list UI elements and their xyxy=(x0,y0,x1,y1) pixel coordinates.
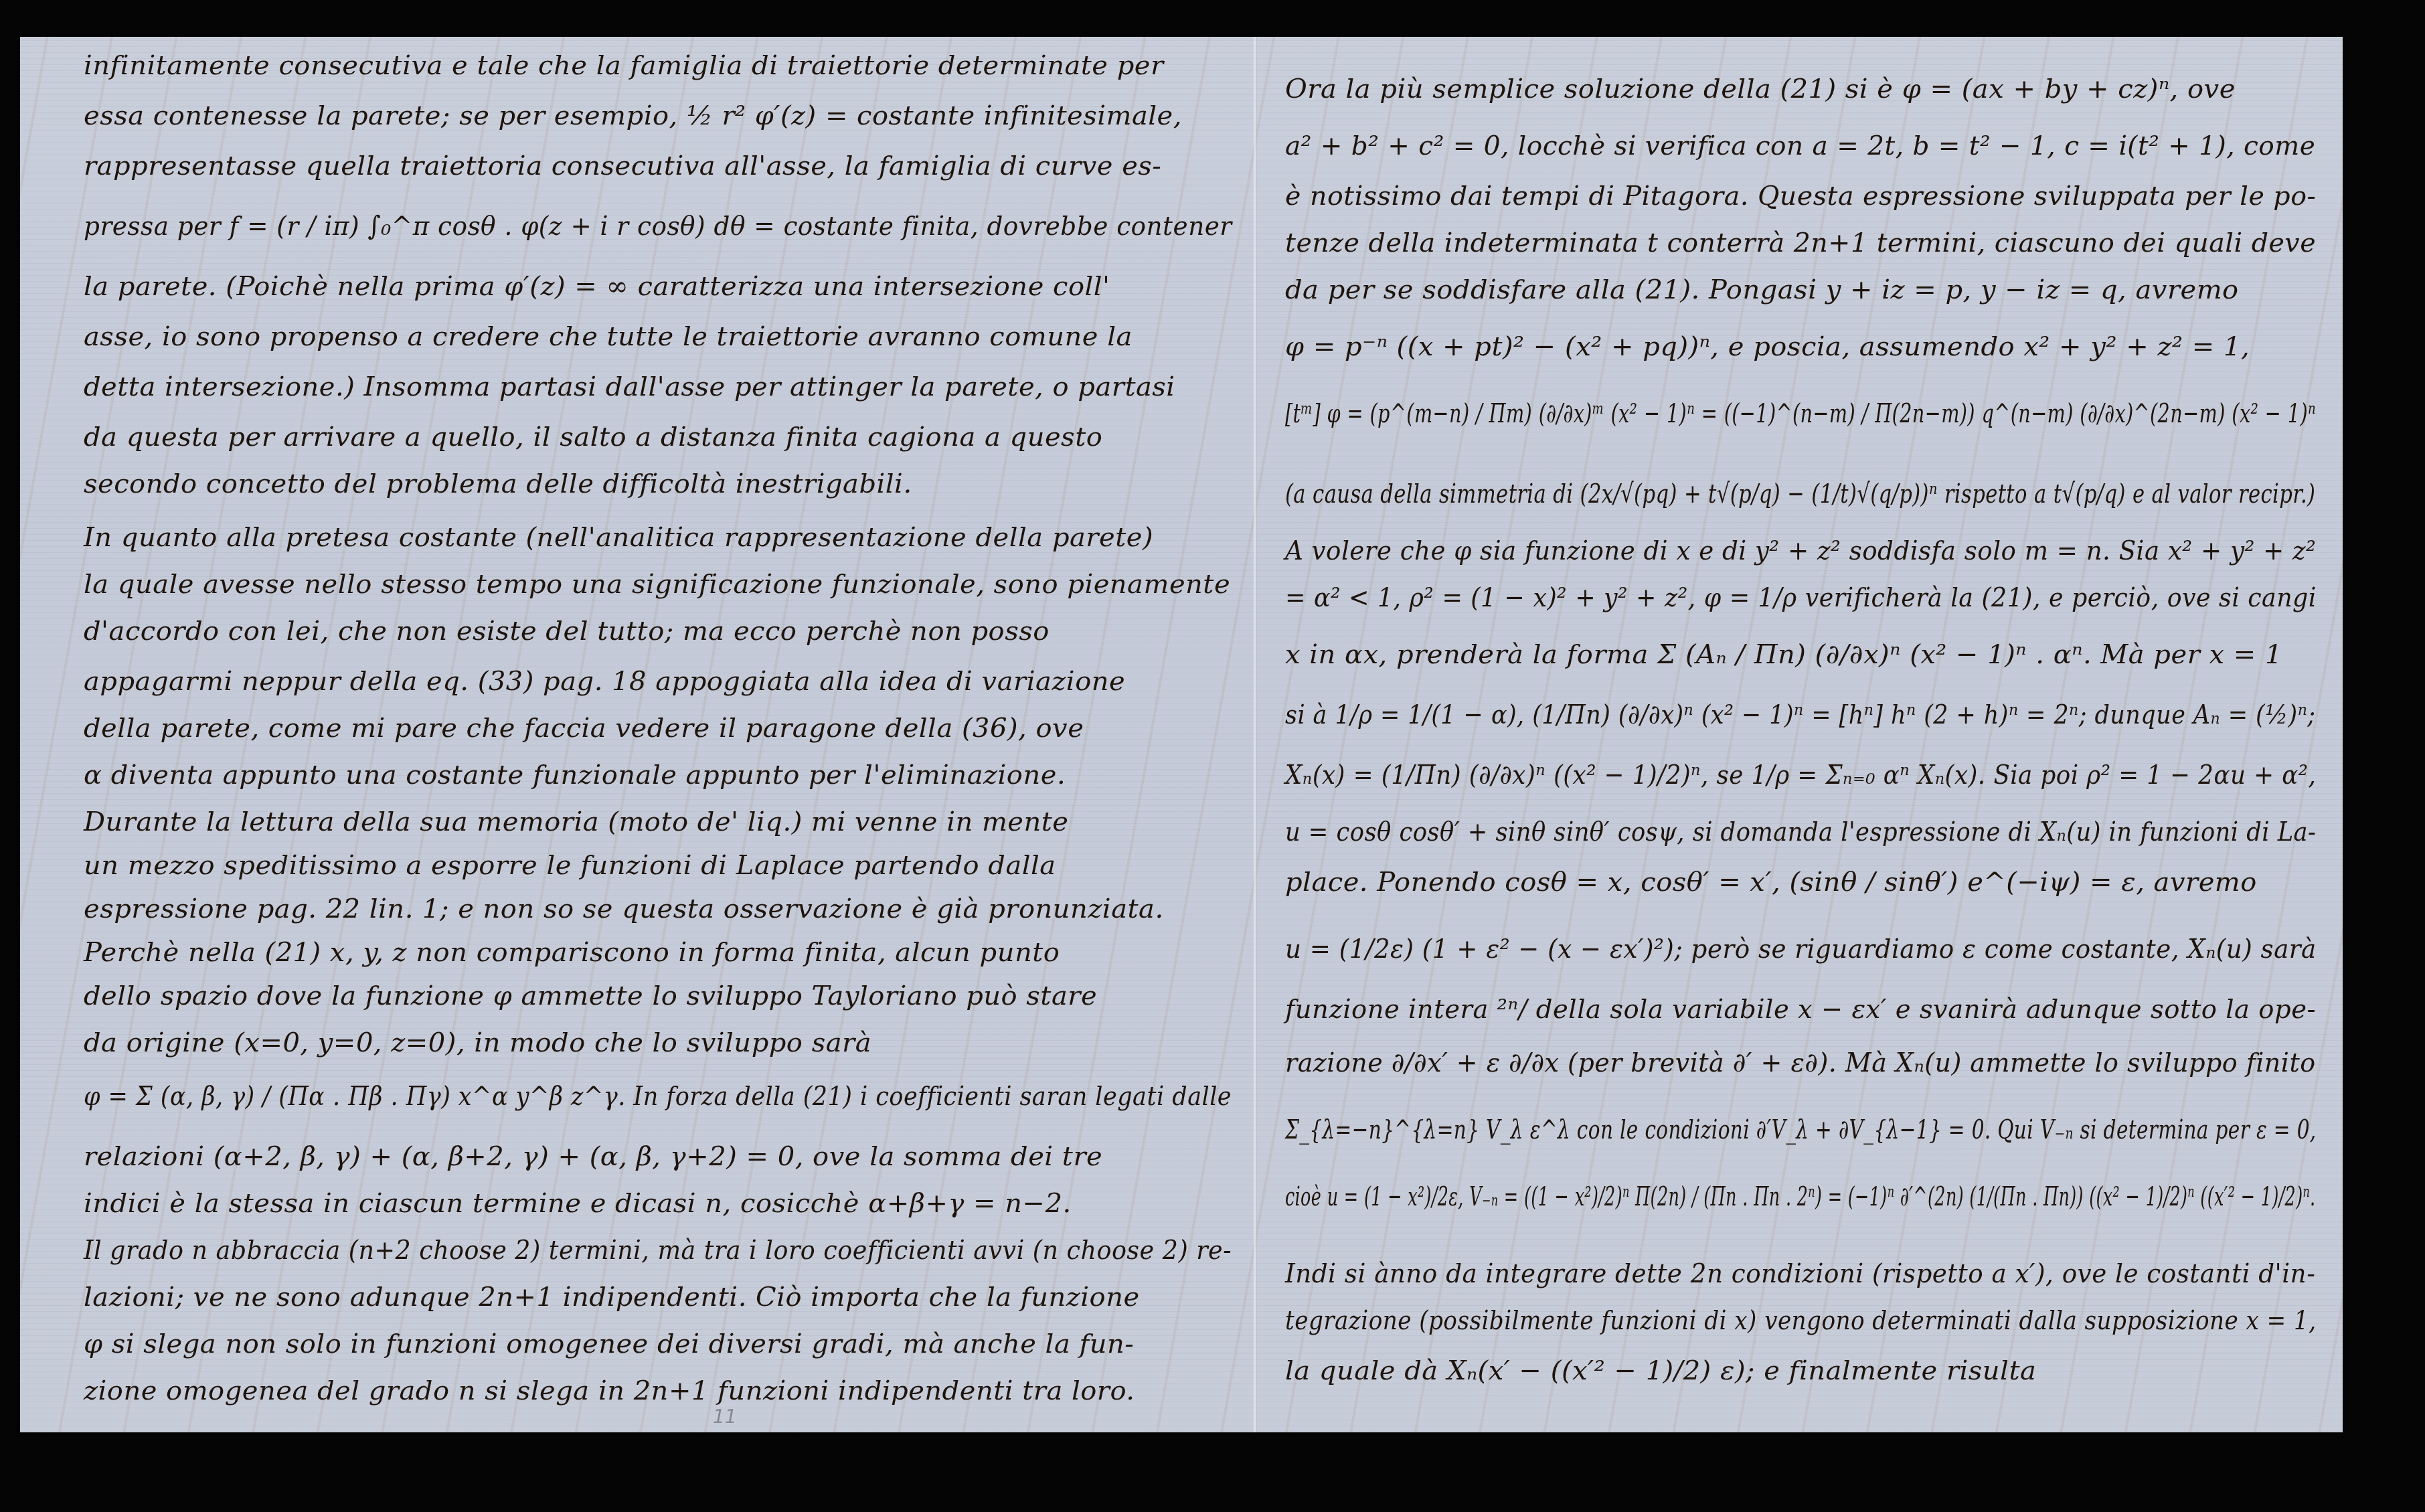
manuscript-line: secondo concetto del problema delle diff… xyxy=(84,469,912,499)
manuscript-line: è notissimo dai tempi di Pitagora. Quest… xyxy=(1285,181,2316,212)
manuscript-line: detta intersezione.) Insomma partasi dal… xyxy=(84,371,1175,402)
manuscript-line: u = (1/2ε) (1 + ε² − (x − εx′)²); però s… xyxy=(1285,934,2317,964)
manuscript-line: Ora la più semplice soluzione della (21)… xyxy=(1285,74,2236,104)
manuscript-line: appagarmi neppur della eq. (33) pag. 18 … xyxy=(84,666,1125,697)
manuscript-line: espressione pag. 22 lin. 1; e non so se … xyxy=(84,894,1164,924)
pencil-mark: 11 xyxy=(713,1406,737,1428)
manuscript-line: lazioni; ve ne sono adunque 2n+1 indipen… xyxy=(84,1282,1140,1313)
manuscript-line: da per se soddisfare alla (21). Pongasi … xyxy=(1285,274,2239,305)
manuscript-line: d'accordo con lei, che non esiste del tu… xyxy=(84,616,1050,647)
manuscript-line: da origine (x=0, y=0, z=0), in modo che … xyxy=(84,1027,871,1058)
manuscript-sheet: infinitamente consecutiva e tale che la … xyxy=(20,37,2343,1432)
manuscript-line: essa contenesse la parete; se per esempi… xyxy=(84,100,1182,131)
manuscript-line: tenze della indeterminata t conterrà 2n+… xyxy=(1285,228,2316,258)
manuscript-line: la quale dà Xₙ(x′ − ((x′² − 1)/2) ε); e … xyxy=(1285,1355,2036,1386)
manuscript-line: funzione intera ²ⁿ/ della sola variabile… xyxy=(1285,994,2316,1025)
manuscript-line: α diventa appunto una costante funzional… xyxy=(84,760,1066,790)
manuscript-line: dello spazio dove la funzione φ ammette … xyxy=(84,981,1097,1011)
manuscript-line: la quale avesse nello stesso tempo una s… xyxy=(84,569,1230,600)
left-page: infinitamente consecutiva e tale che la … xyxy=(20,37,1255,1432)
manuscript-line: la parete. (Poichè nella prima φ′(z) = ∞… xyxy=(84,271,1110,302)
manuscript-line: Indi si ànno da integrare dette 2n condi… xyxy=(1285,1258,2315,1289)
manuscript-line: φ = p⁻ⁿ ((x + pt)² − (x² + pq))ⁿ, e posc… xyxy=(1285,331,2250,362)
manuscript-line: indici è la stessa in ciascun termine e … xyxy=(84,1188,1072,1219)
manuscript-line: In quanto alla pretesa costante (nell'an… xyxy=(84,522,1153,553)
manuscript-line: u = cosθ cosθ′ + sinθ sinθ′ cosψ, si dom… xyxy=(1285,817,2316,847)
manuscript-line: da questa per arrivare a quello, il salt… xyxy=(84,422,1102,452)
manuscript-line: φ si slega non solo in funzioni omogenee… xyxy=(84,1329,1134,1359)
manuscript-line: [tᵐ] φ = (p^(m−n) / Πm) (∂/∂x)ᵐ (x² − 1)… xyxy=(1285,398,2316,429)
manuscript-line: un mezzo speditissimo a esporre le funzi… xyxy=(84,850,1056,881)
manuscript-line: infinitamente consecutiva e tale che la … xyxy=(84,50,1164,81)
manuscript-line: x in αx, prenderà la forma Σ (Aₙ / Πn) (… xyxy=(1285,639,2282,670)
manuscript-line: rappresentasse quella traiettoria consec… xyxy=(84,151,1161,181)
manuscript-line: della parete, come mi pare che faccia ve… xyxy=(84,713,1084,744)
manuscript-line: asse, io sono propenso a credere che tut… xyxy=(84,321,1133,352)
manuscript-line: cioè u = (1 − x²)/2ε, V₋ₙ = ((1 − x²)/2)… xyxy=(1285,1181,2316,1212)
manuscript-line: Il grado n abbraccia (n+2 choose 2) term… xyxy=(84,1235,1232,1266)
manuscript-line: si à 1/ρ = 1/(1 − α), (1/Πn) (∂/∂x)ⁿ (x²… xyxy=(1285,699,2315,730)
manuscript-line: razione ∂/∂x′ + ε ∂/∂x (per brevità ∂′ +… xyxy=(1285,1047,2316,1078)
manuscript-line: Σ_{λ=−n}^{λ=n} V_λ ε^λ con le condizioni… xyxy=(1285,1114,2317,1145)
manuscript-line: Xₙ(x) = (1/Πn) (∂/∂x)ⁿ ((x² − 1)/2)ⁿ, se… xyxy=(1285,760,2316,790)
manuscript-line: zione omogenea del grado n si slega in 2… xyxy=(84,1375,1135,1406)
manuscript-line: A volere che φ sia funzione di x e di y²… xyxy=(1285,535,2316,566)
manuscript-line: place. Ponendo cosθ = x, cosθ′ = x′, (si… xyxy=(1285,867,2257,898)
manuscript-line: (a causa della simmetria di (2x/√(pq) + … xyxy=(1285,479,2315,509)
manuscript-line: pressa per f = (r / iπ) ∫₀^π cosθ . φ(z … xyxy=(84,211,1232,242)
manuscript-line: = α² < 1, ρ² = (1 − x)² + y² + z², φ = 1… xyxy=(1285,582,2317,613)
manuscript-line: φ = Σ (α, β, γ) / (Πα . Πβ . Πγ) x^α y^β… xyxy=(84,1081,1232,1112)
manuscript-line: Durante la lettura della sua memoria (mo… xyxy=(84,807,1069,837)
manuscript-line: Perchè nella (21) x, y, z non comparisco… xyxy=(84,937,1060,968)
manuscript-line: tegrazione (possibilmente funzioni di x)… xyxy=(1285,1305,2317,1336)
right-page: Ora la più semplice soluzione della (21)… xyxy=(1258,37,2343,1432)
manuscript-line: relazioni (α+2, β, γ) + (α, β+2, γ) + (α… xyxy=(84,1141,1102,1172)
manuscript-line: a² + b² + c² = 0, locchè si verifica con… xyxy=(1285,131,2315,161)
